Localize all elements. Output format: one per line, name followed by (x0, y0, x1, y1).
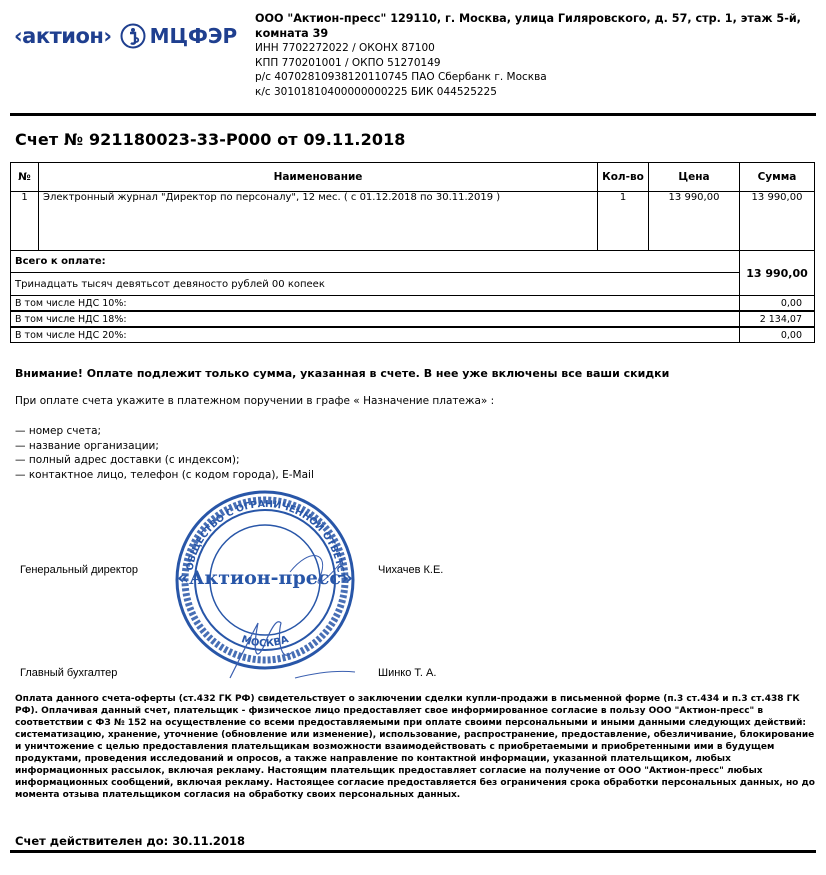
director-title: Генеральный директор (20, 564, 138, 576)
requisite-line: КПП 770201001 / ОКПО 51270149 (255, 56, 826, 71)
list-item: — номер счета; (15, 424, 314, 439)
total-in-words: Тринадцать тысяч девятьсот девяносто руб… (11, 273, 740, 296)
accountant-title: Главный бухгалтер (20, 667, 117, 679)
total-words-row: Тринадцать тысяч девятьсот девяносто руб… (11, 273, 815, 296)
header-divider (10, 113, 816, 116)
company-requisites: ООО "Актион-пресс" 129110, г. Москва, ул… (255, 12, 826, 99)
total-label-row: Всего к оплате: 13 990,00 (11, 251, 815, 273)
vat-value: 0,00 (740, 296, 815, 312)
accountant-name: Шинко Т. А. (378, 667, 436, 679)
col-header-price: Цена (649, 163, 740, 192)
svg-text:ОБЩЕСТВО С ОГРАНИЧЕННОЙ ОТВЕТС: ОБЩЕСТВО С ОГРАНИЧЕННОЙ ОТВЕТСТВЕННОСТЬЮ (170, 480, 346, 580)
table-row: 1 Электронный журнал "Директор по персон… (11, 192, 815, 251)
company-logo: ‹актион› МЦФЭР (14, 18, 237, 54)
table-header-row: № Наименование Кол-во Цена Сумма (11, 163, 815, 192)
company-name-address: ООО "Актион-пресс" 129110, г. Москва, ул… (255, 12, 826, 41)
vat-row: В том числе НДС 20%: 0,00 (11, 327, 815, 343)
payment-instruction: При оплате счета укажите в платежном пор… (15, 395, 494, 407)
item-sum: 13 990,00 (740, 192, 815, 251)
requisite-line: ИНН 7702272022 / ОКОНХ 87100 (255, 41, 826, 56)
payment-requirements-list: — номер счета; — название организации; —… (15, 424, 314, 482)
footer-divider (10, 850, 816, 853)
item-price: 13 990,00 (649, 192, 740, 251)
logo-aktion-text: ‹актион› (14, 24, 112, 48)
requisite-line: к/с 30101810400000000225 БИК 044525225 (255, 85, 826, 100)
vat-value: 0,00 (740, 327, 815, 343)
item-qty: 1 (598, 192, 649, 251)
item-name: Электронный журнал "Директор по персонал… (39, 192, 598, 251)
vat-value: 2 134,07 (740, 311, 815, 327)
vat-row: В том числе НДС 10%: 0,00 (11, 296, 815, 312)
col-header-qty: Кол-во (598, 163, 649, 192)
logo-mcfer-text: МЦФЭР (150, 24, 238, 48)
vat-label: В том числе НДС 20%: (11, 327, 740, 343)
list-item: — полный адрес доставки (с индексом); (15, 453, 314, 468)
total-value: 13 990,00 (740, 251, 815, 296)
company-stamp-icon: ОБЩЕСТВО С ОГРАНИЧЕННОЙ ОТВЕТСТВЕННОСТЬЮ… (170, 480, 360, 680)
total-label: Всего к оплате: (11, 251, 740, 273)
legal-offer-text: Оплата данного счета-оферты (ст.432 ГК Р… (15, 693, 815, 801)
col-header-num: № (11, 163, 39, 192)
requisite-line: р/с 40702810938120110745 ПАО Сбербанк г.… (255, 70, 826, 85)
payment-warning: Внимание! Оплате подлежит только сумма, … (15, 367, 669, 380)
col-header-name: Наименование (39, 163, 598, 192)
list-item: — название организации; (15, 439, 314, 454)
mcfer-emblem-icon (120, 23, 146, 49)
vat-label: В том числе НДС 10%: (11, 296, 740, 312)
invoice-items-table: № Наименование Кол-во Цена Сумма 1 Элект… (10, 162, 815, 343)
invoice-title: Счет № 921180023-33-Р000 от 09.11.2018 (15, 130, 406, 149)
vat-label: В том числе НДС 18%: (11, 311, 740, 327)
item-num: 1 (11, 192, 39, 251)
valid-until: Счет действителен до: 30.11.2018 (15, 834, 245, 848)
vat-row: В том числе НДС 18%: 2 134,07 (11, 311, 815, 327)
director-name: Чихачев К.Е. (378, 564, 443, 576)
col-header-sum: Сумма (740, 163, 815, 192)
